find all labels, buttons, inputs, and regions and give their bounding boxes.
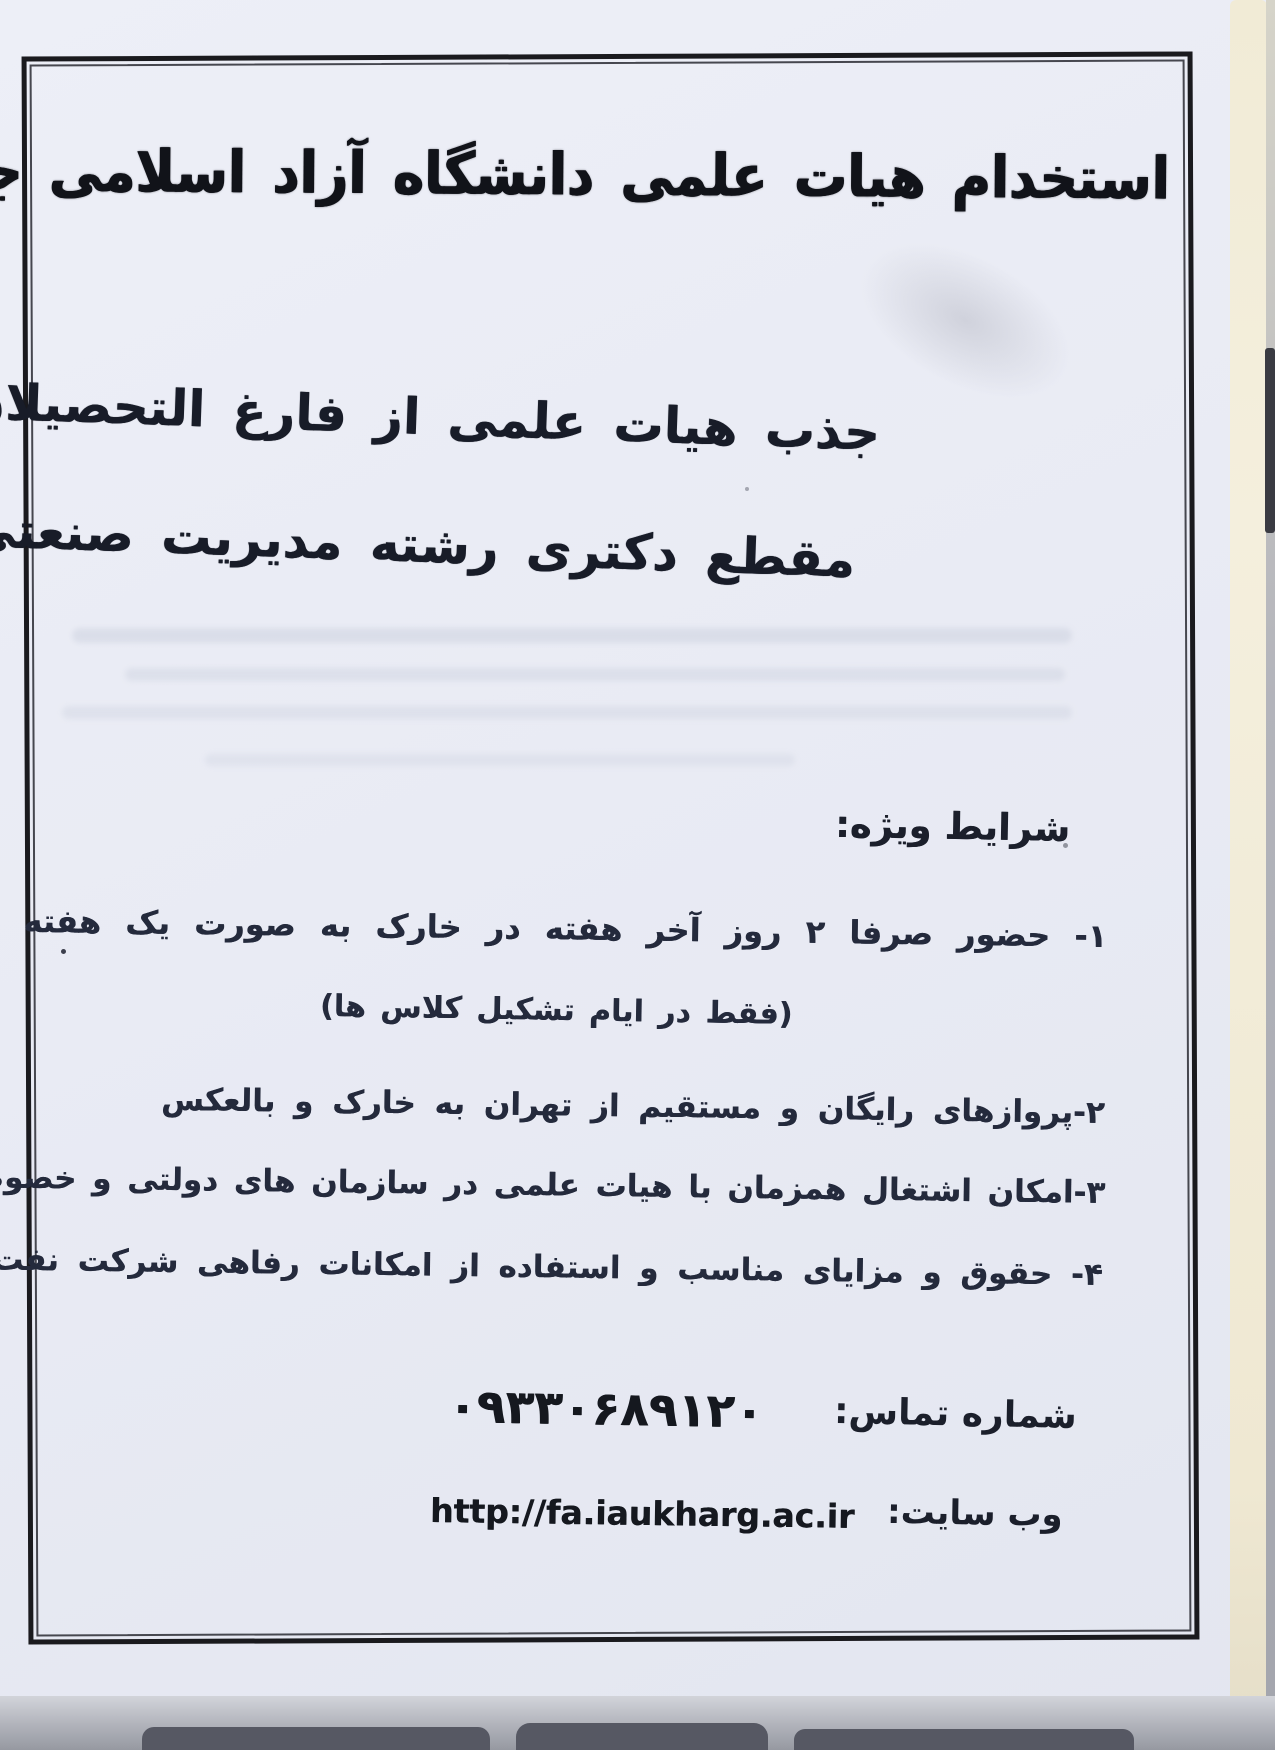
- right-scan-edge-shadow: [1266, 0, 1275, 1750]
- page-title: استخدام هیات علمی دانشگاه آزاد اسلامی جز…: [0, 137, 1170, 214]
- bottom-scan-blob: [516, 1723, 768, 1750]
- bottom-scan-blob: [142, 1727, 490, 1750]
- scanner-dark-notch: [1265, 348, 1275, 533]
- website-url: http://fa.iaukharg.ac.ir: [430, 1492, 855, 1536]
- bottom-scan-blob: [794, 1729, 1134, 1750]
- scanned-document-page: { "document": { "title": "استخدام هیات ع…: [0, 0, 1275, 1750]
- phone-number: ۰۹۳۳۰۶۸۹۱۲۰: [448, 1380, 764, 1440]
- right-paper-edge: [1230, 0, 1267, 1750]
- conditions-heading: شرایط ویژه:: [835, 804, 1071, 851]
- bottom-scan-band: [0, 1696, 1275, 1750]
- website-label: وب سایت:: [887, 1493, 1063, 1535]
- phone-label: شماره تماس:: [834, 1391, 1078, 1437]
